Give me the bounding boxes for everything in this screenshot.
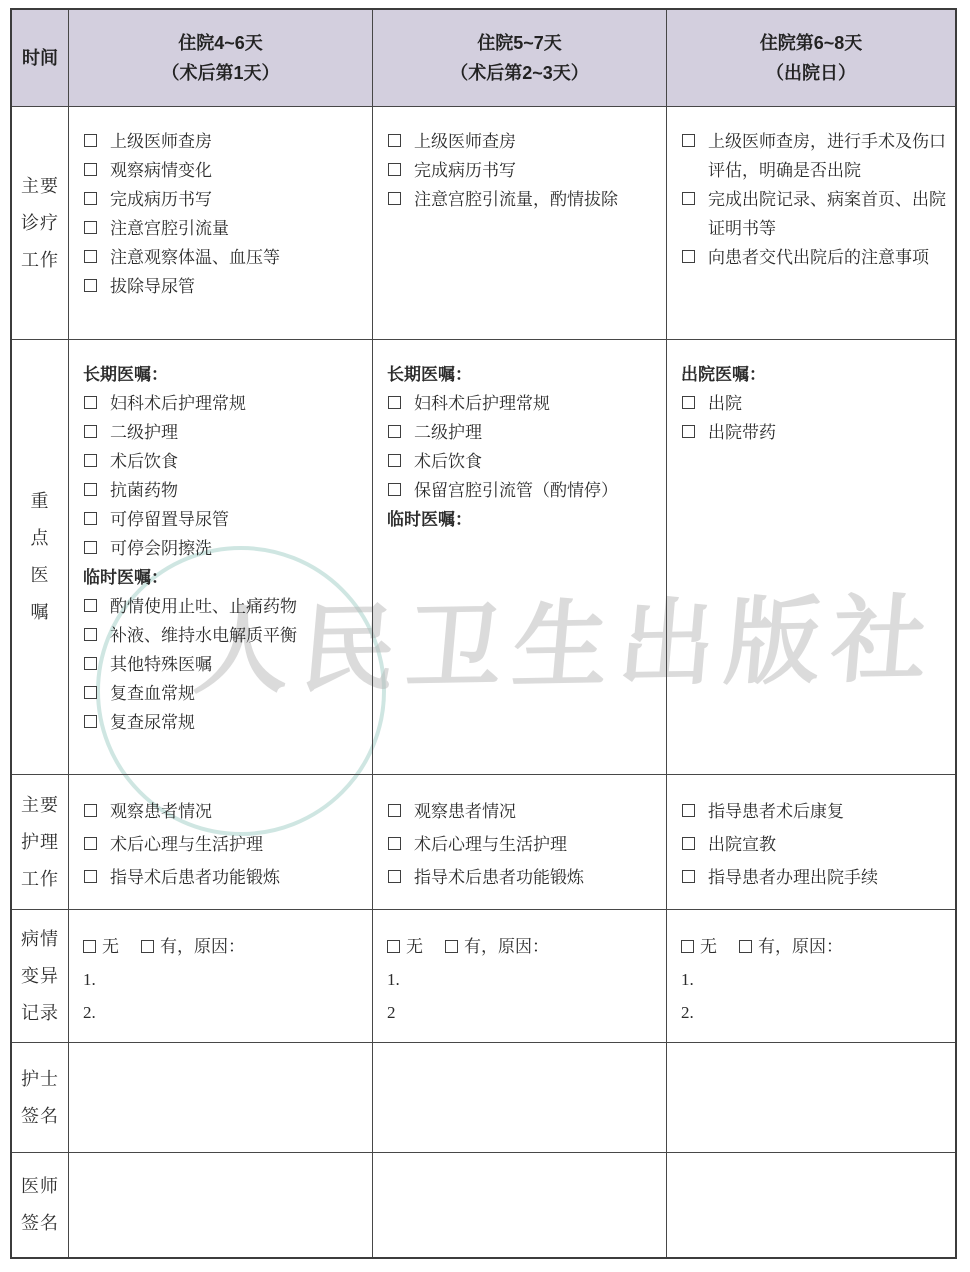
treatment-col1-cell: 上级医师查房 观察病情变化 完成病历书写 注意宫腔引流量 注意观察体温、血压等 … — [69, 107, 373, 340]
clinical-pathway-table: 时间 住院4~6天 （术后第1天） 住院5~7天 （术后第2~3天） 住院第6~… — [10, 8, 957, 1259]
checklist-item: 妇科术后护理常规 — [83, 389, 364, 418]
checkbox[interactable] — [84, 512, 97, 525]
checklist-item: 二级护理 — [83, 418, 364, 447]
checklist-item: 补液、维持水电解质平衡 — [83, 621, 364, 650]
header-line: （出院日） — [766, 58, 856, 88]
header-line: 住院5~7天 — [477, 28, 562, 58]
checkbox[interactable] — [84, 221, 97, 234]
checkbox[interactable] — [388, 134, 401, 147]
header-line: （术后第1天） — [161, 58, 279, 88]
checkbox[interactable] — [84, 396, 97, 409]
checkbox[interactable] — [84, 804, 97, 817]
checklist-item: 指导患者术后康复 — [681, 795, 947, 828]
checkbox[interactable] — [387, 940, 400, 953]
checkbox[interactable] — [84, 599, 97, 612]
checkbox[interactable] — [388, 870, 401, 883]
checkbox[interactable] — [84, 870, 97, 883]
nursing-col1-cell: 观察患者情况 术后心理与生活护理 指导术后患者功能锻炼 — [69, 775, 373, 910]
checkbox[interactable] — [682, 396, 695, 409]
nurse-sign-col2-cell[interactable] — [373, 1043, 667, 1153]
checklist-item: 注意宫腔引流量 — [83, 214, 364, 243]
checklist-item: 完成病历书写 — [83, 185, 364, 214]
row-label-orders: 重 点 医 嘱 — [12, 340, 69, 775]
checkbox[interactable] — [682, 870, 695, 883]
checkbox[interactable] — [84, 425, 97, 438]
variance-line: 1. — [83, 963, 364, 996]
nursing-col3-cell: 指导患者术后康复 出院宣教 指导患者办理出院手续 — [667, 775, 955, 910]
checklist-item: 注意观察体温、血压等 — [83, 243, 364, 272]
checklist-item: 出院 — [681, 389, 947, 418]
checklist-item: 可停会阴擦洗 — [83, 534, 364, 563]
checkbox[interactable] — [84, 250, 97, 263]
checklist-item: 指导术后患者功能锻炼 — [83, 861, 364, 894]
checkbox[interactable] — [84, 483, 97, 496]
checkbox[interactable] — [682, 134, 695, 147]
header-cell-day3: 住院第6~8天 （出院日） — [667, 10, 955, 107]
checklist-item: 术后饮食 — [83, 447, 364, 476]
checkbox[interactable] — [388, 837, 401, 850]
row-label-variance: 病情 变异 记录 — [12, 910, 69, 1043]
checkbox[interactable] — [84, 163, 97, 176]
header-line: 住院第6~8天 — [760, 28, 863, 58]
header-cell-day2: 住院5~7天 （术后第2~3天） — [373, 10, 667, 107]
checklist-item: 上级医师查房，进行手术及伤口评估，明确是否出院 — [681, 127, 947, 185]
checklist-item: 保留宫腔引流管（酌情停） — [387, 476, 658, 505]
checkbox[interactable] — [445, 940, 458, 953]
checklist-item: 观察病情变化 — [83, 156, 364, 185]
orders-subheader: 长期医嘱： — [83, 360, 364, 389]
checkbox[interactable] — [84, 657, 97, 670]
header-cell-time: 时间 — [12, 10, 69, 107]
checklist-item: 复查血常规 — [83, 679, 364, 708]
header-cell-day1: 住院4~6天 （术后第1天） — [69, 10, 373, 107]
checklist-item: 术后心理与生活护理 — [387, 828, 658, 861]
checkbox[interactable] — [682, 250, 695, 263]
checklist-item: 术后心理与生活护理 — [83, 828, 364, 861]
checklist-item: 可停留置导尿管 — [83, 505, 364, 534]
checklist-item: 完成出院记录、病案首页、出院证明书等 — [681, 185, 947, 243]
nurse-sign-col1-cell[interactable] — [69, 1043, 373, 1153]
checkbox[interactable] — [388, 804, 401, 817]
variance-line: 2 — [387, 996, 658, 1029]
doctor-sign-col2-cell[interactable] — [373, 1153, 667, 1257]
checkbox[interactable] — [388, 425, 401, 438]
orders-subheader: 出院医嘱： — [681, 360, 947, 389]
row-label-nurse-sign: 护士 签名 — [12, 1043, 69, 1153]
checklist-item: 观察患者情况 — [83, 795, 364, 828]
checklist-item: 出院带药 — [681, 418, 947, 447]
checkbox[interactable] — [388, 396, 401, 409]
checklist-item: 其他特殊医嘱 — [83, 650, 364, 679]
checkbox[interactable] — [84, 541, 97, 554]
header-line: 住院4~6天 — [178, 28, 263, 58]
checkbox[interactable] — [83, 940, 96, 953]
row-label-doctor-sign: 医师 签名 — [12, 1153, 69, 1257]
checklist-item: 观察患者情况 — [387, 795, 658, 828]
checkbox[interactable] — [84, 686, 97, 699]
orders-col2-cell: 长期医嘱： 妇科术后护理常规 二级护理 术后饮食 保留宫腔引流管（酌情停） 临时… — [373, 340, 667, 775]
checkbox[interactable] — [388, 163, 401, 176]
checklist-item: 指导术后患者功能锻炼 — [387, 861, 658, 894]
orders-subheader: 临时医嘱： — [83, 563, 364, 592]
checkbox[interactable] — [141, 940, 154, 953]
orders-subheader: 临时医嘱： — [387, 505, 658, 534]
checklist-item: 酌情使用止吐、止痛药物 — [83, 592, 364, 621]
checkbox[interactable] — [84, 279, 97, 292]
checklist-item: 上级医师查房 — [83, 127, 364, 156]
checkbox[interactable] — [84, 837, 97, 850]
checklist-item: 复查尿常规 — [83, 708, 364, 737]
checkbox[interactable] — [84, 628, 97, 641]
checkbox[interactable] — [388, 454, 401, 467]
row-label-treatment: 主要 诊疗 工作 — [12, 107, 69, 340]
nursing-col2-cell: 观察患者情况 术后心理与生活护理 指导术后患者功能锻炼 — [373, 775, 667, 910]
nurse-sign-col3-cell[interactable] — [667, 1043, 955, 1153]
variance-col2-cell: 无有，原因： 1. 2 — [373, 910, 667, 1043]
checkbox[interactable] — [388, 192, 401, 205]
treatment-col2-cell: 上级医师查房 完成病历书写 注意宫腔引流量，酌情拔除 — [373, 107, 667, 340]
checklist-item: 拔除导尿管 — [83, 272, 364, 301]
checkbox[interactable] — [682, 804, 695, 817]
checkbox[interactable] — [682, 425, 695, 438]
time-label: 时间 — [22, 43, 58, 73]
orders-col1-cell: 长期医嘱： 妇科术后护理常规 二级护理 术后饮食 抗菌药物 可停留置导尿管 可停… — [69, 340, 373, 775]
orders-subheader: 长期医嘱： — [387, 360, 658, 389]
checkbox[interactable] — [84, 454, 97, 467]
checkbox[interactable] — [682, 192, 695, 205]
variance-line: 1. — [387, 963, 658, 996]
checkbox[interactable] — [682, 837, 695, 850]
treatment-col3-cell: 上级医师查房，进行手术及伤口评估，明确是否出院 完成出院记录、病案首页、出院证明… — [667, 107, 955, 340]
checklist-item: 术后饮食 — [387, 447, 658, 476]
variance-col3-cell: 无有，原因： 1. 2. — [667, 910, 955, 1043]
doctor-sign-col3-cell[interactable] — [667, 1153, 955, 1257]
variance-line: 1. — [681, 963, 947, 996]
checklist-item: 妇科术后护理常规 — [387, 389, 658, 418]
checkbox[interactable] — [84, 192, 97, 205]
header-line: （术后第2~3天） — [450, 58, 589, 88]
checkbox[interactable] — [739, 940, 752, 953]
checklist-item: 向患者交代出院后的注意事项 — [681, 243, 947, 272]
checklist-item: 出院宣教 — [681, 828, 947, 861]
checkbox[interactable] — [84, 134, 97, 147]
variance-line: 2. — [83, 996, 364, 1029]
checkbox[interactable] — [681, 940, 694, 953]
orders-col3-cell: 出院医嘱： 出院 出院带药 — [667, 340, 955, 775]
checklist-item: 指导患者办理出院手续 — [681, 861, 947, 894]
checklist-item: 完成病历书写 — [387, 156, 658, 185]
checklist-item: 抗菌药物 — [83, 476, 364, 505]
row-label-nursing: 主要 护理 工作 — [12, 775, 69, 910]
checklist-item: 注意宫腔引流量，酌情拔除 — [387, 185, 658, 214]
doctor-sign-col1-cell[interactable] — [69, 1153, 373, 1257]
checklist-item: 二级护理 — [387, 418, 658, 447]
checkbox[interactable] — [388, 483, 401, 496]
variance-col1-cell: 无有，原因： 1. 2. — [69, 910, 373, 1043]
checkbox[interactable] — [84, 715, 97, 728]
variance-line: 2. — [681, 996, 947, 1029]
checklist-item: 上级医师查房 — [387, 127, 658, 156]
